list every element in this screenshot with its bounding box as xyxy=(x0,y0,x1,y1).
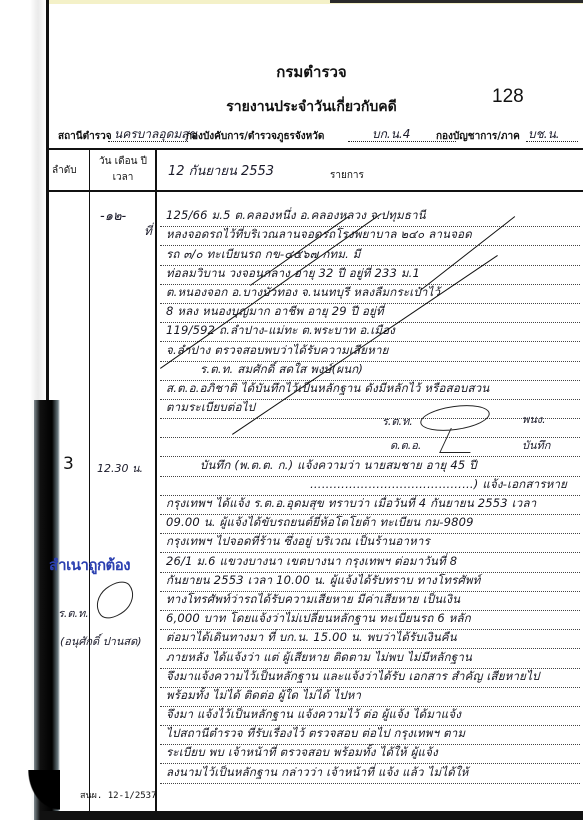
entry-1-signature-line xyxy=(160,438,580,457)
station-label: สถานีตำรวจ xyxy=(58,129,112,144)
scan-binding-shadow xyxy=(34,400,60,820)
column-header-items: รายการ xyxy=(330,168,364,183)
entry-3-line: 26/1 ม.6 แขวงบางนา เขตบางนา กรุงเทพฯ ต่อ… xyxy=(160,553,580,572)
entry-1-line: 8 หลง หนองบุญมาก อาชีพ อายุ 29 ปี อยู่ที… xyxy=(160,304,580,323)
entry-1-line: ต.หนองจอก อ.บางบัวทอง จ.นนทบุรี หลงลืมกร… xyxy=(160,285,580,304)
entry-1-line: จ.ลำปาง ตรวจสอบพบว่าได้รับความเสียหาย xyxy=(160,342,580,361)
column-header-seq: ลำดับ xyxy=(52,163,77,178)
entry-1-line: ตามระเบียบต่อไป xyxy=(160,400,580,419)
certified-copy-stamp: สำเนาถูกต้อง xyxy=(49,553,155,577)
certifier-rank: ร.ต.ท. xyxy=(58,604,89,622)
command-value: บก.น.4 xyxy=(372,125,410,144)
entry-1-margin-mark: ที่ xyxy=(144,222,152,241)
entry-3-line: จึงมาแจ้งความไว้เป็นหลักฐาน และแจ้งว่าได… xyxy=(160,669,580,688)
entry-3-line: บันทึก (พ.ต.ต. ก.) แจ้งความว่า นายสมชาย … xyxy=(160,457,580,476)
signature-right-1: พนง. xyxy=(522,410,546,428)
entry-3-seq: 3 xyxy=(63,454,74,474)
signature-role-1: ร.ต.ท. xyxy=(382,412,413,430)
signature-role-2: ด.ต.อ. xyxy=(390,436,421,454)
department-title: กรมตำรวจ xyxy=(0,60,583,84)
column-header-date-line1: วัน เดือน ปี xyxy=(91,154,155,170)
entry-3-line: กรุงเทพฯ ไปจอดที่ร้าน ซึ่งอยู่ บริเวณ เป… xyxy=(160,534,580,553)
entry-1-line: 125/66 ม.5 ต.คลองหนึ่ง อ.คลองหลวง จ.ปทุม… xyxy=(160,208,580,227)
entry-3-line: พร้อมทั้ง ไม่ได้ ติดต่อ ผู้ใด ไม่ได้ ไปห… xyxy=(160,688,580,707)
entry-3-line: ลงนามไว้เป็นหลักฐาน กล่าวว่า เจ้าหน้าที่… xyxy=(160,764,580,783)
division-label: กองบัญชาการ/ภาค xyxy=(436,129,520,144)
station-value: นครบาลอุดมสุข xyxy=(114,125,197,144)
entry-1-line: หลงจอดรถไว้ที่บริเวณลานจอดรถโรงพยาบาล ๒๔… xyxy=(160,227,580,246)
entry-3-line: กันยายน 2553 เวลา 10.00 น. ผู้แจ้งได้รับ… xyxy=(160,573,580,592)
table-header-top-rule xyxy=(49,148,583,150)
page-number: 128 xyxy=(492,86,524,108)
entry-3-line: กรุงเทพฯ ได้แจ้ง ร.ต.อ.อุดมสุข ทราบว่า เ… xyxy=(160,496,580,515)
entry-3-line: ต่อมาได้เดินทางมา ที่ บก.น. 15.00 น. พบว… xyxy=(160,630,580,649)
entry-3-line: จึงมา แจ้งไว้เป็นหลักฐาน แจ้งความไว้ ต่อ… xyxy=(160,707,580,726)
entry-1-line: รถ ๓/๐ ทะเบียนรถ กข-๔๕๖๗ กทม. มี xyxy=(160,246,580,265)
entry-3-line: ทางโทรศัพท์ว่ารถได้รับความเสียหาย มีค่าเ… xyxy=(160,592,580,611)
column-divider-seq xyxy=(89,148,90,812)
table-header-bottom-rule xyxy=(49,190,583,192)
header-date-value: 12 กันยายน 2553 xyxy=(168,160,274,181)
entry-3-line: ……………………………………) แจ้ง-เอกสารหาย xyxy=(160,477,580,496)
command-label: กองบังคับการ/ตำรวจภูธรจังหวัด xyxy=(186,129,324,144)
entry-1-line: ท่อลมวิบาน วงจอนกลาง อายุ 32 ปี อยู่ที่ … xyxy=(160,266,580,285)
signature-right-2: บันทึก xyxy=(522,436,550,454)
entry-3-line: ภายหลัง ได้แจ้งว่า แต่ ผู้เสียหาย ติดตาม… xyxy=(160,649,580,668)
column-header-date-line2: เวลา xyxy=(91,170,155,186)
header-fields-row: สถานีตำรวจ นครบาลอุดมสุข กองบังคับการ/ตำ… xyxy=(58,125,578,145)
entry-lines-area: 125/66 ม.5 ต.คลองหนึ่ง อ.คลองหลวง จ.ปทุม… xyxy=(160,208,580,784)
entry-1-signature-line xyxy=(160,419,580,438)
entry-3-line: ระเบียบ พบ เจ้าหน้าที่ ตรวจสอบ พร้อมทั้ง… xyxy=(160,745,580,764)
form-code: สนผ. 12-1/2537 xyxy=(80,788,157,802)
certifier-signature xyxy=(89,575,141,624)
entry-3-time: 12.30 น. xyxy=(97,459,143,477)
scan-top-edge xyxy=(330,0,583,3)
entry-3-line: 09.00 น. ผู้แจ้งได้ขับรถยนต์ยี่ห้อโตโยต้… xyxy=(160,515,580,534)
certifier-name: (อนุศักดิ์ ปานสด) xyxy=(60,632,142,650)
column-header-date: วัน เดือน ปี เวลา xyxy=(91,154,155,186)
column-divider-date xyxy=(155,148,157,812)
entry-3-line: ไปสถานีตำรวจ ที่รับเรื่องไว้ ตรวจสอบ ต่อ… xyxy=(160,726,580,745)
entry-1-line: ร.ต.ท. สมศักดิ์ สดใส พงษ์(ผนก) xyxy=(160,362,580,381)
entry-1-line: ส.ต.อ.อภิชาติ ได้บันทึกไว้เป็นหลักฐาน ดั… xyxy=(160,381,580,400)
division-value: บช.น. xyxy=(528,125,560,144)
entry-3-line: 6,000 บาท โดยแจ้งว่าไม่เปลี่ยนหลักฐาน ทะ… xyxy=(160,611,580,630)
scan-bottom-edge xyxy=(40,811,583,820)
entry-1-time: -๑๒- xyxy=(100,205,126,226)
